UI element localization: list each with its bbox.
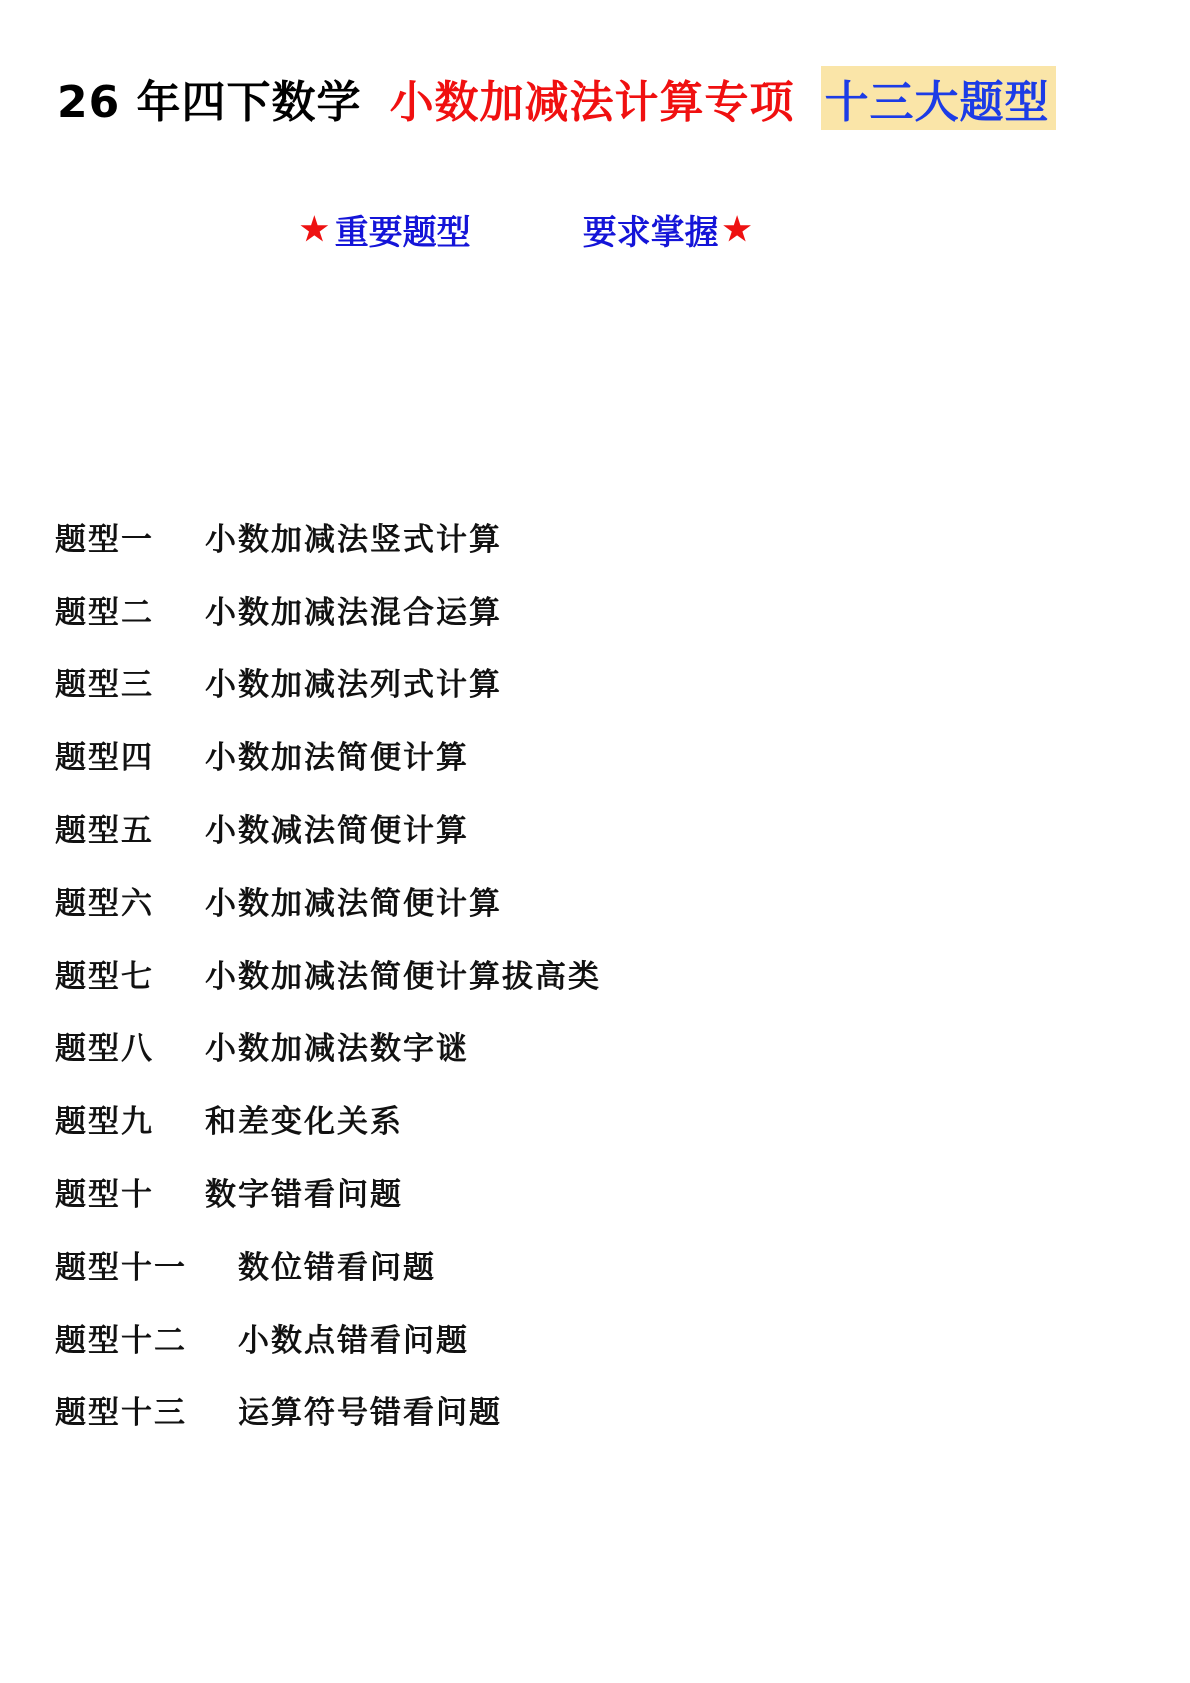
topic-label: 题型七 xyxy=(55,951,205,996)
star-icon: ★ xyxy=(723,210,752,248)
topic-description: 和差变化关系 xyxy=(205,1096,403,1141)
topic-item: 题型五 小数减法简便计算 xyxy=(55,791,955,864)
topic-description: 运算符号错看问题 xyxy=(238,1387,502,1432)
page-title: 26 年四下数学 小数加减法计算专项 十三大题型 xyxy=(57,66,1056,130)
title-highlight-text: 十三大题型 xyxy=(825,66,1050,130)
topic-description: 小数减法简便计算 xyxy=(205,805,469,850)
topic-description: 小数加减法数字谜 xyxy=(205,1023,469,1068)
topic-list: 题型一 小数加减法竖式计算 题型二 小数加减法混合运算 题型三 小数加减法列式计… xyxy=(55,500,955,1446)
topic-label: 题型三 xyxy=(55,659,205,704)
title-highlight-badge: 十三大题型 xyxy=(821,66,1056,130)
topic-label: 题型二 xyxy=(55,587,205,632)
topic-item: 题型四 小数加法简便计算 xyxy=(55,718,955,791)
topic-label: 题型六 xyxy=(55,878,205,923)
title-topic: 小数加减法计算专项 xyxy=(390,66,795,130)
topic-label: 题型八 xyxy=(55,1023,205,1068)
topic-label: 题型九 xyxy=(55,1096,205,1141)
topic-description: 小数加减法混合运算 xyxy=(205,587,502,632)
topic-item: 题型二 小数加减法混合运算 xyxy=(55,573,955,646)
topic-item: 题型八 小数加减法数字谜 xyxy=(55,1010,955,1083)
subtitle: ★ 重要题型 要求掌握 ★ xyxy=(300,204,820,254)
topic-item: 题型十三 运算符号错看问题 xyxy=(55,1374,955,1447)
star-icon: ★ xyxy=(300,210,329,248)
topic-label: 题型五 xyxy=(55,805,205,850)
topic-item: 题型十一 数位错看问题 xyxy=(55,1228,955,1301)
topic-description: 数位错看问题 xyxy=(238,1242,436,1287)
topic-item: 题型三 小数加减法列式计算 xyxy=(55,646,955,719)
topic-item: 题型十 数字错看问题 xyxy=(55,1155,955,1228)
topic-description: 小数加法简便计算 xyxy=(205,732,469,777)
subtitle-left-text: 重要题型 xyxy=(335,205,471,254)
topic-item: 题型一 小数加减法竖式计算 xyxy=(55,500,955,573)
topic-label: 题型十二 xyxy=(55,1315,238,1360)
subtitle-right-text: 要求掌握 xyxy=(583,205,719,254)
topic-description: 小数加减法简便计算 xyxy=(205,878,502,923)
topic-description: 小数加减法简便计算拔高类 xyxy=(205,951,601,996)
topic-label: 题型十 xyxy=(55,1169,205,1214)
title-grade-subject: 26 年四下数学 xyxy=(57,66,362,130)
topic-item: 题型十二 小数点错看问题 xyxy=(55,1301,955,1374)
topic-description: 数字错看问题 xyxy=(205,1169,403,1214)
topic-item: 题型六 小数加减法简便计算 xyxy=(55,864,955,937)
topic-item: 题型九 和差变化关系 xyxy=(55,1082,955,1155)
topic-label: 题型十一 xyxy=(55,1242,238,1287)
topic-label: 题型四 xyxy=(55,732,205,777)
topic-description: 小数加减法竖式计算 xyxy=(205,514,502,559)
topic-description: 小数加减法列式计算 xyxy=(205,659,502,704)
document-page: 26 年四下数学 小数加减法计算专项 十三大题型 ★ 重要题型 要求掌握 ★ 题… xyxy=(0,0,1190,1683)
topic-item: 题型七 小数加减法简便计算拔高类 xyxy=(55,937,955,1010)
topic-label: 题型十三 xyxy=(55,1387,238,1432)
topic-description: 小数点错看问题 xyxy=(238,1315,469,1360)
topic-label: 题型一 xyxy=(55,514,205,559)
